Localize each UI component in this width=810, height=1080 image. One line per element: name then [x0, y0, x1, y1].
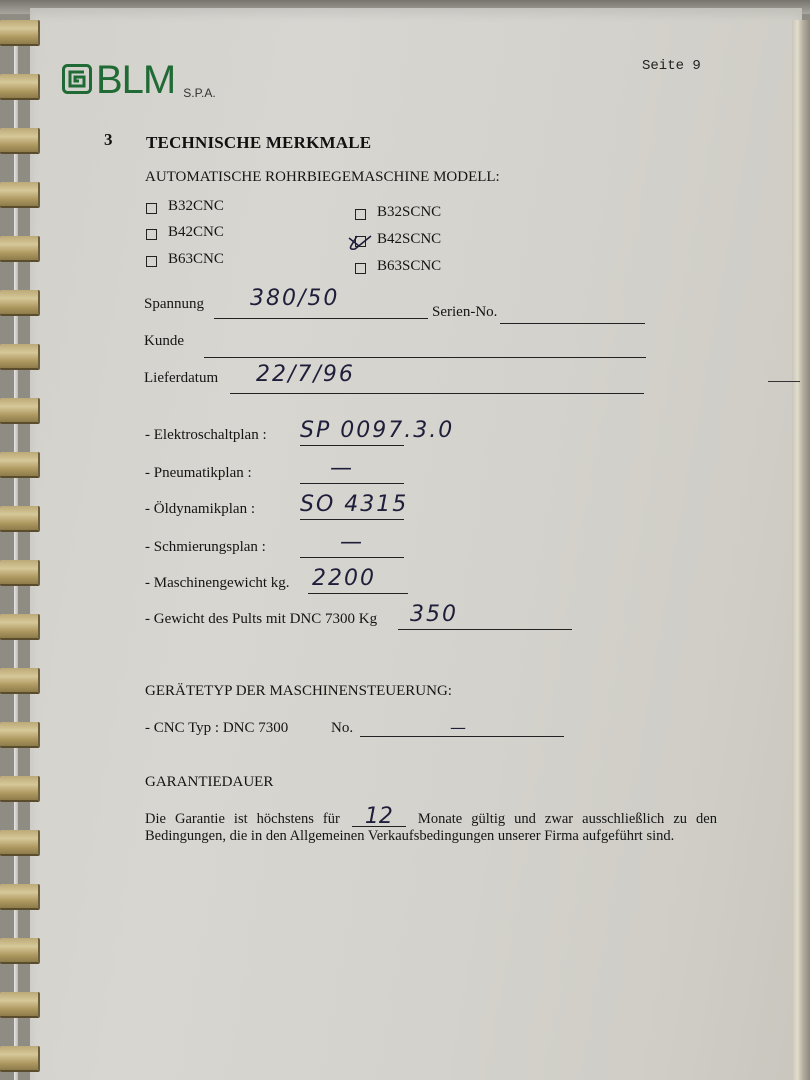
warranty-text-before: Die Garantie ist höchstens für [145, 811, 340, 827]
control-heading: GERÄTETYP DER MASCHINENSTEUERUNG: [145, 683, 452, 700]
model-checkbox[interactable] [355, 236, 366, 247]
binding-ring [0, 20, 40, 46]
plan-underline [300, 445, 404, 446]
plan-value[interactable]: SO 4315 [300, 492, 408, 517]
logo-wordmark: BLM [96, 60, 175, 100]
model-option-label: B32SCNC [377, 204, 441, 221]
warranty-months-value[interactable]: 12 [352, 808, 406, 827]
binding-ring [0, 722, 40, 748]
lieferdatum-label: Lieferdatum [144, 370, 218, 387]
model-option-label: B32CNC [168, 198, 224, 215]
spannung-value[interactable]: 380/50 [250, 286, 339, 311]
model-option-label: B42CNC [168, 224, 224, 241]
binding-ring [0, 452, 40, 478]
warranty-paragraph: Die Garantie ist höchstens für 12 Monate… [145, 808, 717, 845]
model-option-label: B42SCNC [377, 231, 441, 248]
binding-ring [0, 236, 40, 262]
binding-ring [0, 1046, 40, 1072]
kunde-field[interactable] [204, 357, 646, 358]
model-checkbox[interactable] [146, 203, 157, 214]
binding-ring [0, 74, 40, 100]
binding-ring [0, 344, 40, 370]
binding-ring [0, 668, 40, 694]
kunde-label: Kunde [144, 333, 184, 350]
model-label: AUTOMATISCHE ROHRBIEGEMASCHINE MODELL: [145, 169, 500, 186]
model-checkbox[interactable] [355, 209, 366, 220]
plan-label: - Elektroschaltplan : [145, 427, 267, 444]
binding-ring [0, 776, 40, 802]
check-mark-icon [347, 234, 373, 252]
plan-label: - Maschinengewicht kg. [145, 575, 290, 592]
binding-ring [0, 884, 40, 910]
page-edge-mark [768, 381, 800, 382]
page-number: Seite 9 [642, 58, 701, 74]
spiral-binding [0, 0, 40, 1080]
model-option-label: B63SCNC [377, 258, 441, 275]
binding-ring [0, 128, 40, 154]
plan-underline [300, 519, 404, 520]
lieferdatum-underline [230, 393, 644, 394]
serien-no-label: Serien-No. [432, 304, 497, 321]
cnc-no-value: — [450, 718, 468, 737]
section-title: TECHNISCHE MERKMALE [146, 133, 371, 153]
model-option-label: B63CNC [168, 251, 224, 268]
plan-underline [300, 483, 404, 484]
serien-no-field[interactable] [500, 323, 645, 324]
binding-ring [0, 830, 40, 856]
model-checkbox[interactable] [146, 256, 157, 267]
company-logo: BLM S.P.A. [62, 60, 216, 100]
plan-value[interactable]: — [340, 530, 364, 555]
lieferdatum-value[interactable]: 22/7/96 [256, 362, 355, 387]
binding-ring [0, 398, 40, 424]
plan-label: - Pneumatikplan : [145, 465, 252, 482]
plan-value[interactable]: 350 [410, 602, 458, 627]
binding-ring [0, 506, 40, 532]
logo-suffix: S.P.A. [183, 86, 215, 100]
binding-ring [0, 182, 40, 208]
binding-ring [0, 938, 40, 964]
cnc-type: - CNC Typ : DNC 7300 [145, 720, 288, 737]
section-number: 3 [104, 130, 113, 150]
model-checkbox[interactable] [355, 263, 366, 274]
spiral-logo-icon [62, 64, 92, 94]
plan-underline [300, 557, 404, 558]
page-stack-edge [792, 20, 810, 1080]
plan-underline [308, 593, 408, 594]
binding-ring [0, 614, 40, 640]
plan-label: - Öldynamikplan : [145, 501, 255, 518]
plan-underline [398, 629, 572, 630]
plan-label: - Gewicht des Pults mit DNC 7300 Kg [145, 611, 377, 628]
spannung-label: Spannung [144, 296, 204, 313]
spannung-underline [214, 318, 428, 319]
plan-value[interactable]: 2200 [312, 566, 376, 591]
plan-value[interactable]: SP 0097.3.0 [300, 418, 454, 443]
model-checkbox[interactable] [146, 229, 157, 240]
binding-ring [0, 290, 40, 316]
binding-ring [0, 992, 40, 1018]
binding-ring [0, 560, 40, 586]
warranty-heading: GARANTIEDAUER [145, 774, 273, 791]
plan-value[interactable]: — [330, 456, 354, 481]
plan-label: - Schmierungsplan : [145, 539, 266, 556]
cnc-no-label: No. [331, 720, 353, 737]
